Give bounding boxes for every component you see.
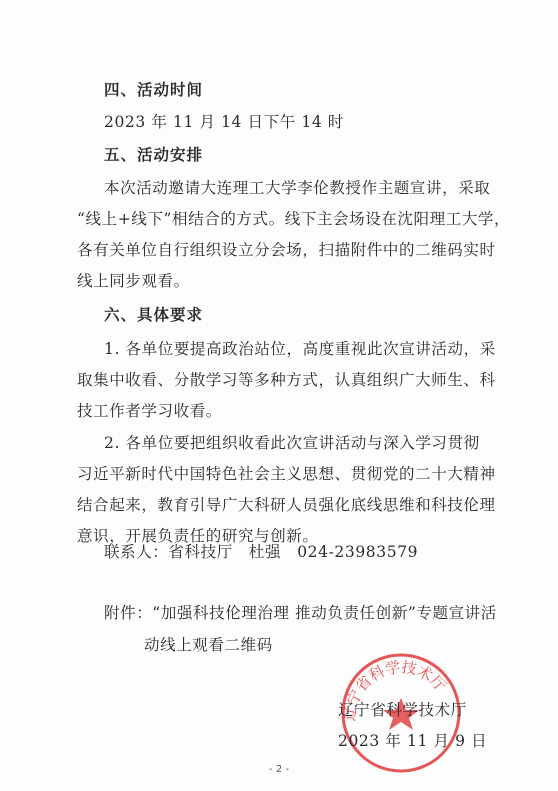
paragraph-line: 结合起来，教育引导广大科研人员强化底线思维和科技伦理 — [77, 495, 496, 515]
attachment-line-2: 动线上观看二维码 — [144, 635, 273, 655]
paragraph-line: 1. 各单位要提高政治站位，高度重视此次宣讲活动，采 — [104, 339, 496, 359]
paragraph-line: 各有关单位自行组织设立分会场，扫描附件中的二维码实时 — [77, 240, 496, 260]
paragraph-line: 线上同步观看。 — [77, 271, 190, 291]
contact-info: 联系人：省科技厅 杜强 024-23983579 — [104, 542, 418, 562]
event-time: 2023 年 11 月 14 日下午 14 时 — [104, 112, 344, 132]
section-heading-requirements: 六、具体要求 — [104, 305, 203, 325]
paragraph-line: 2. 各单位要把组织收看此次宣讲活动与深入学习贯彻 — [104, 433, 480, 453]
paragraph-line: 取集中收看、分散学习等多种方式，认真组织广大师生、科 — [77, 370, 496, 390]
signature-org: 辽宁省科学技术厅 — [338, 700, 467, 720]
paragraph-line: “线上+线下”相结合的方式。线下主会场设在沈阳理工大学， — [77, 209, 510, 229]
paragraph-line: 习近平新时代中国特色社会主义思想、贯彻党的二十大精神 — [77, 464, 496, 484]
signature-date: 2023 年 11 月 9 日 — [338, 731, 487, 751]
attachment-line-1: 附件：“加强科技伦理治理 推动负责任创新”专题宣讲活 — [104, 603, 497, 623]
section-heading-arrangement: 五、活动安排 — [104, 145, 203, 165]
paragraph-line: 本次活动邀请大连理工大学李伦教授作主题宣讲，采取 — [104, 178, 490, 198]
page-number: - 2 - — [0, 764, 558, 775]
paragraph-line: 技工作者学习收看。 — [77, 401, 222, 421]
section-heading-time: 四、活动时间 — [104, 80, 203, 100]
